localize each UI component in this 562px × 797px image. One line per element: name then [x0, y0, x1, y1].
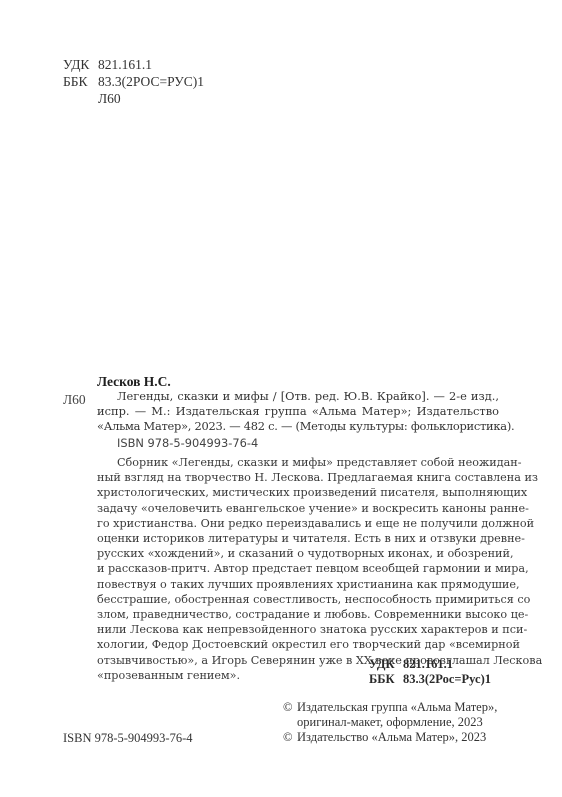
- annotation-line: христологических, мистических произведен…: [97, 485, 499, 500]
- annotation-line: русских «хождений», и сказаний о чудотво…: [97, 546, 499, 561]
- copyright-line: © Издательская группа «Альма Матер»,: [283, 700, 497, 715]
- annotation-line: го христианства. Они редко переиздавалис…: [97, 516, 499, 531]
- copyright-icon: ©: [283, 730, 297, 745]
- biblio-line: испр. — М.: Издательская группа «Альма М…: [97, 404, 499, 419]
- author-mark-row: Л60: [63, 90, 204, 107]
- copyright-icon: ©: [283, 700, 297, 715]
- author-mark: Л60: [71, 90, 121, 107]
- copyright-block: © Издательская группа «Альма Матер», ори…: [283, 700, 497, 745]
- udk-row: УДК 821.161.1: [369, 657, 491, 672]
- biblio-line: Легенды, сказки и мифы / [Отв. ред. Ю.В.…: [97, 389, 499, 404]
- isbn-entry: ISBN 978-5-904993-76-4: [117, 436, 258, 450]
- annotation-line: задачу «очеловечить евангельское учение»…: [97, 501, 499, 516]
- bbk-row: ББК 83.3(2РОС=РУС)1: [63, 73, 204, 90]
- copyright-text: оригинал-макет, оформление, 2023: [297, 715, 483, 730]
- biblio-line: «Альма Матер», 2023. — 482 с. — (Методы …: [97, 419, 499, 434]
- classification-codes-bottom: УДК 821.161.1 ББК 83.3(2Рос=Рус)1: [369, 657, 491, 687]
- author-name: Лесков Н.С.: [97, 374, 171, 390]
- annotation-line: Сборник «Легенды, сказки и мифы» предста…: [97, 455, 499, 470]
- annotation-paragraph: Сборник «Легенды, сказки и мифы» предста…: [97, 455, 499, 683]
- annotation-line: повествуя о таких лучших проявлениях хри…: [97, 577, 499, 592]
- annotation-line: хологии, Федор Достоевский окрестил его …: [97, 637, 499, 652]
- annotation-line: ный взгляд на творчество Н. Лескова. Пре…: [97, 470, 499, 485]
- copyright-line: оригинал-макет, оформление, 2023: [283, 715, 497, 730]
- annotation-line: злом, праведничество, сострадание и любо…: [97, 607, 499, 622]
- udk-label: УДК: [369, 657, 397, 672]
- copyright-text: Издательство «Альма Матер», 2023: [297, 730, 486, 745]
- annotation-line: бесстрашие, обостренная совестливость, н…: [97, 592, 499, 607]
- udk-row: УДК 821.161.1: [63, 56, 204, 73]
- annotation-line: нили Лескова как непревзойденного знаток…: [97, 622, 499, 637]
- copyright-text: Издательская группа «Альма Матер»,: [297, 700, 497, 715]
- bbk-label: ББК: [63, 73, 90, 90]
- udk-label: УДК: [63, 56, 90, 73]
- annotation-line: и рассказов-притч. Автор предстает певцо…: [97, 561, 499, 576]
- bbk-value: 83.3(2РОС=РУС)1: [98, 73, 204, 90]
- bbk-row: ББК 83.3(2Рос=Рус)1: [369, 672, 491, 687]
- annotation-line: оценки историков литературы и читателя. …: [97, 531, 499, 546]
- isbn-footer: ISBN 978-5-904993-76-4: [63, 731, 193, 746]
- udk-value: 821.161.1: [98, 56, 152, 73]
- author-mark-side: Л60: [63, 392, 86, 408]
- bibliographic-description: Легенды, сказки и мифы / [Отв. ред. Ю.В.…: [97, 389, 499, 435]
- bbk-value: 83.3(2Рос=Рус)1: [403, 672, 491, 687]
- copyright-line: © Издательство «Альма Матер», 2023: [283, 730, 497, 745]
- classification-codes-top: УДК 821.161.1 ББК 83.3(2РОС=РУС)1 Л60: [63, 56, 204, 107]
- udk-value: 821.161.1: [403, 657, 453, 672]
- bbk-label: ББК: [369, 672, 397, 687]
- spacer: [283, 715, 297, 730]
